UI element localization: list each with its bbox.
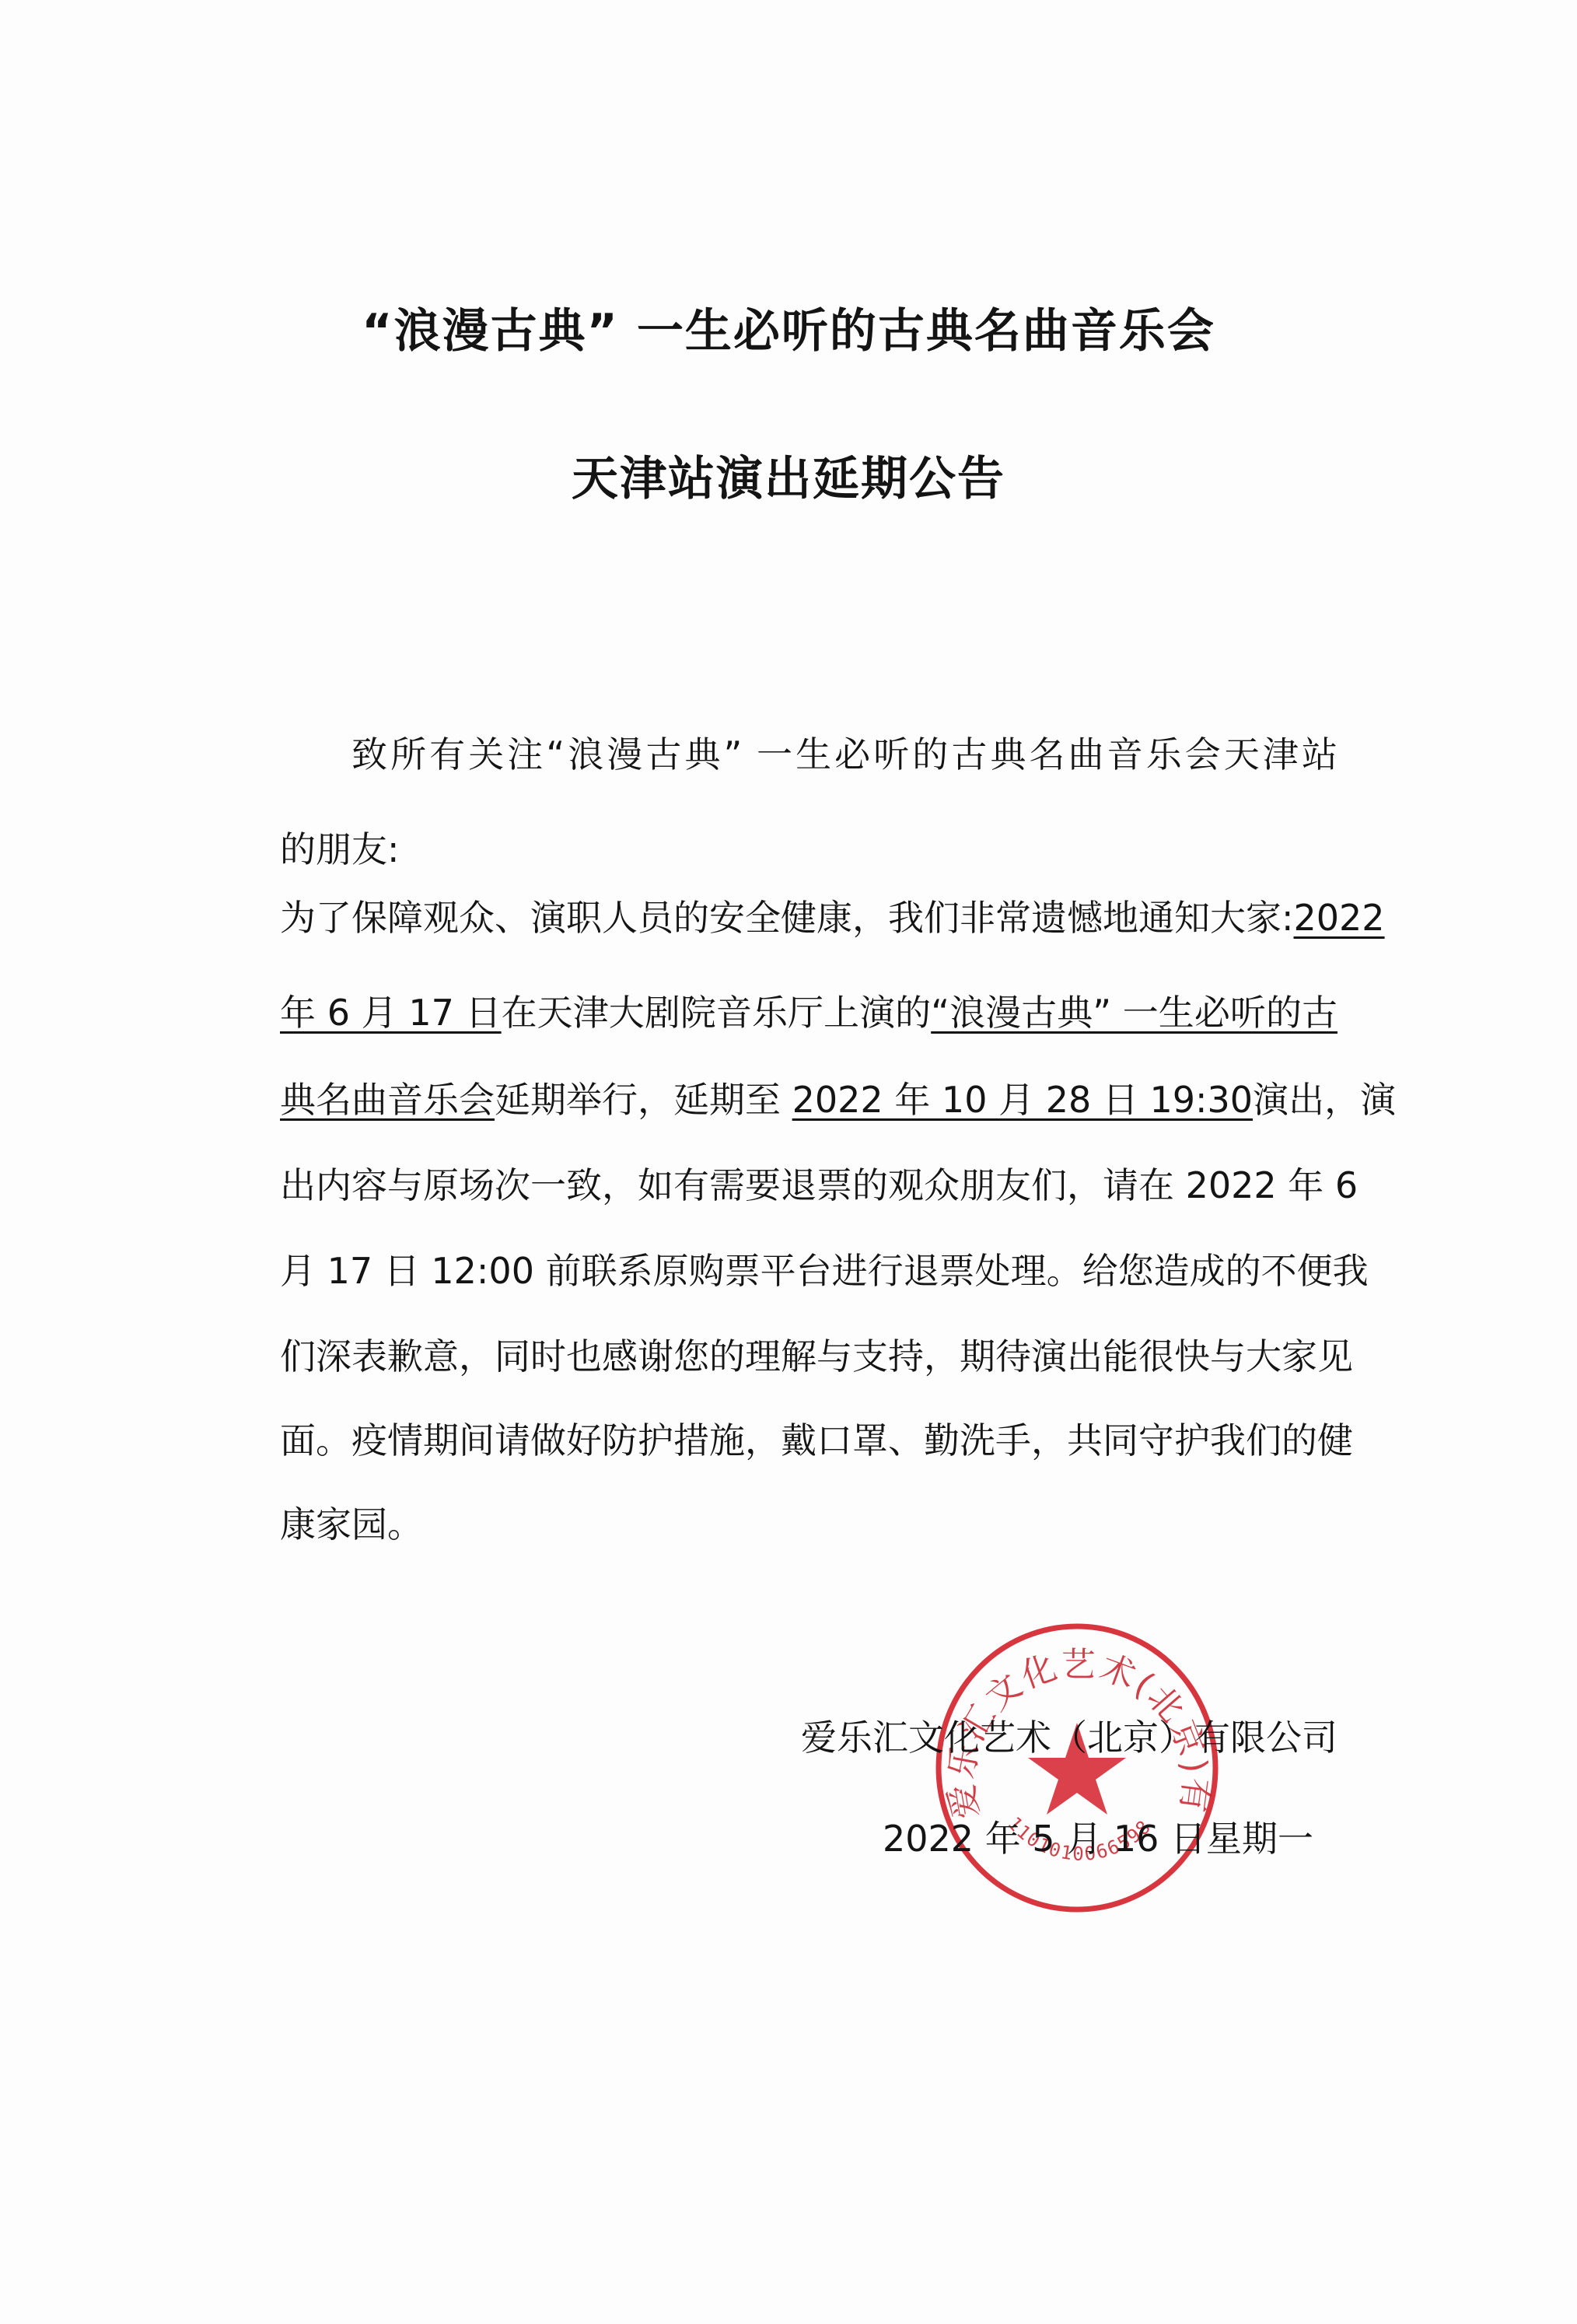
signature-company: 爱乐汇文化艺术（北京）有限公司 (801, 1714, 1337, 1761)
document-page: “浪漫古典” 一生必听的古典名曲音乐会 天津站演出延期公告 致所有关注“浪漫古典… (0, 0, 1577, 2324)
original-date-underlined: 2022 (1294, 897, 1385, 939)
body-line-2: 年 6 月 17 日在天津大剧院音乐厅上演的“浪漫古典” 一生必听的古 (280, 989, 1337, 1036)
body-text: 演出，演 (1253, 1079, 1396, 1121)
body-line-1: 为了保障观众、演职人员的安全健康，我们非常遗憾地通知大家:2022 (280, 894, 1337, 941)
company-seal-icon: 爱乐汇文化艺术(北京)有限公司 1101010066598 (933, 1622, 1221, 1913)
body-line-5: 月 17 日 12:00 前联系原购票平台进行退票处理。给您造成的不便我 (280, 1248, 1337, 1294)
body-line-7: 面。疫情期间请做好防护措施，戴口罩、勤洗手，共同守护我们的健 (280, 1417, 1337, 1464)
concert-name-underlined: 典名曲音乐会 (280, 1079, 495, 1121)
body-text: 延期举行，延期至 (495, 1079, 792, 1121)
new-date-underlined: 2022 年 10 月 28 日 19:30 (792, 1079, 1253, 1121)
body-line-6: 们深表歉意，同时也感谢您的理解与支持，期待演出能很快与大家见 (280, 1333, 1337, 1380)
salutation-line-2: 的朋友: (280, 826, 1337, 873)
body-line-3: 典名曲音乐会延期举行，延期至 2022 年 10 月 28 日 19:30演出，… (280, 1076, 1337, 1123)
body-line-8: 康家园。 (280, 1501, 1337, 1548)
body-text: 在天津大剧院音乐厅上演的 (502, 992, 932, 1034)
original-date-underlined: 年 6 月 17 日 (280, 992, 502, 1034)
salutation-line-1: 致所有关注“浪漫古典” 一生必听的古典名曲音乐会天津站 (351, 731, 1337, 778)
signature-date: 2022 年 5 月 16 日星期一 (883, 1815, 1313, 1862)
body-text: 为了保障观众、演职人员的安全健康，我们非常遗憾地通知大家: (280, 897, 1294, 939)
concert-name-underlined: “浪漫古典” 一生必听的古 (931, 992, 1337, 1034)
title-line-1: “浪漫古典” 一生必听的古典名曲音乐会 (0, 294, 1577, 361)
body-line-4: 出内容与原场次一致，如有需要退票的观众朋友们，请在 2022 年 6 (280, 1162, 1337, 1209)
title-line-2: 天津站演出延期公告 (0, 442, 1577, 509)
